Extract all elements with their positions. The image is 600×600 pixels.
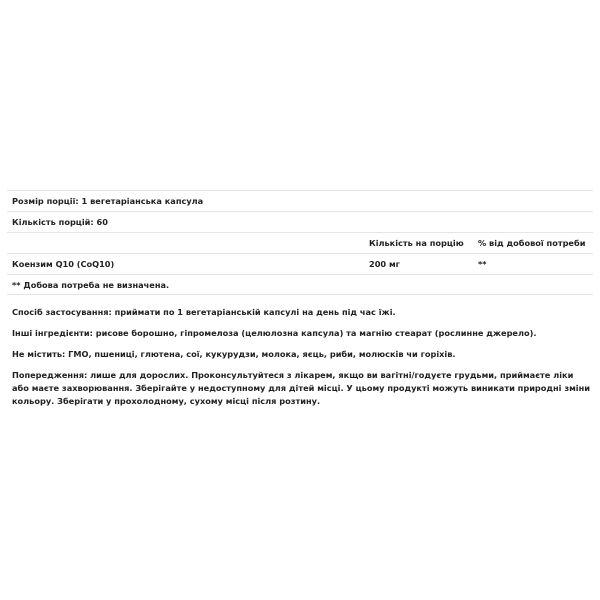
product-notes: Спосіб застосування: приймати по 1 вегет… [12,306,590,416]
daily-value-header: % від добової потреби [478,233,585,253]
amount-per-serving-header: Кількість на порцію [369,233,464,253]
footnote-row: ** Добова потреба не визначена. [7,274,593,295]
serving-size-row: Розмір порції: 1 вегетаріанська капсула [7,190,593,211]
directions-text: Спосіб застосування: приймати по 1 вегет… [12,306,590,319]
ingredient-daily-value: ** [478,254,487,274]
daily-value-footnote: ** Добова потреба не визначена. [12,275,169,295]
table-row: Коензим Q10 (CoQ10) 200 мг ** [7,253,593,274]
servings-per-container-row: Кількість порцій: 60 [7,211,593,232]
ingredient-name: Коензим Q10 (CoQ10) [12,254,114,274]
other-ingredients-text: Інші інгредієнти: рисове борошно, гіпром… [12,327,590,340]
warning-text: Попередження: лише для дорослих. Проконс… [12,369,590,408]
free-of-text: Не містить: ГМО, пшениці, глютена, сої, … [12,348,590,361]
table-header-row: Кількість на порцію % від добової потреб… [7,232,593,253]
servings-per-container: Кількість порцій: 60 [12,212,108,232]
serving-size: Розмір порції: 1 вегетаріанська капсула [12,191,203,211]
supplement-facts-table: Розмір порції: 1 вегетаріанська капсула … [7,190,593,295]
ingredient-amount: 200 мг [369,254,400,274]
